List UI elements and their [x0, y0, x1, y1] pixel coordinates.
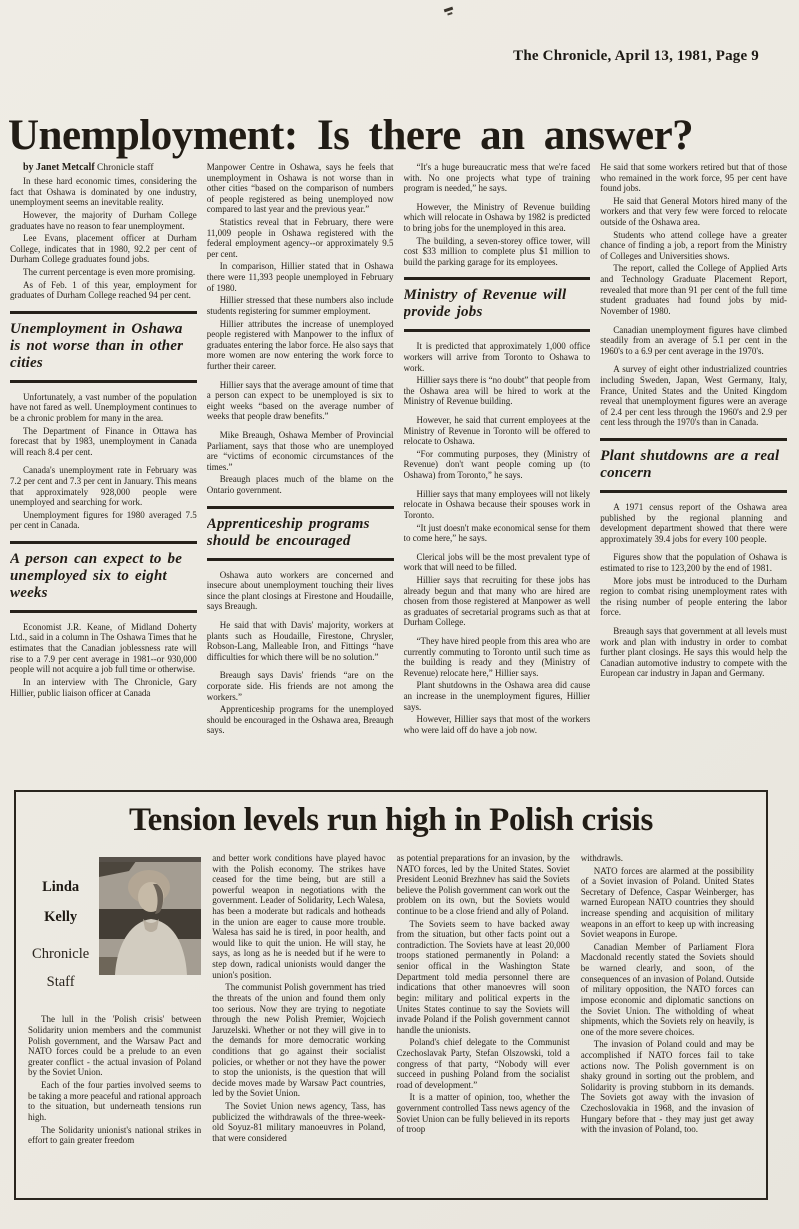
paragraph: A survey of eight other industrialized c…	[600, 364, 787, 428]
paragraph: Hillier says that many employees will no…	[404, 489, 591, 521]
paragraph: In comparison, Hillier stated that in Os…	[207, 261, 394, 293]
author-photo	[99, 857, 201, 975]
paragraph: It is predicted that approximately 1,000…	[404, 341, 591, 373]
subhead-unemployment-oshawa: Unemployment in Oshawa is not worse than…	[10, 311, 197, 383]
main-col-1: by Janet Metcalf Chronicle staff In thes…	[10, 160, 197, 782]
paragraph: Figures show that the population of Osha…	[600, 552, 787, 573]
paragraph: Economist J.R. Keane, of Midland Doherty…	[10, 622, 197, 675]
paragraph: However, the Ministry of Revenue buildin…	[404, 202, 591, 234]
paragraph: Canada's unemployment rate in February w…	[10, 465, 197, 507]
polish-columns: Linda Kelly Chronicle Staff	[28, 851, 754, 1181]
paragraph: In an interview with The Chronicle, Gary…	[10, 677, 197, 698]
paragraph: Hillier attributes the increase of unemp…	[207, 319, 394, 372]
paragraph: Hillier stressed that these numbers also…	[207, 295, 394, 316]
paragraph: The invasion of Poland could and may be …	[581, 1039, 754, 1134]
main-col-3: “It's a huge bureaucratic mess that we'r…	[404, 160, 591, 782]
paragraph: He said that General Motors hired many o…	[600, 196, 787, 228]
paragraph: The lull in the 'Polish crisis' between …	[28, 1014, 201, 1078]
paragraph: However, Hillier says that most of the w…	[404, 714, 591, 735]
paragraph: However, the majority of Durham College …	[10, 210, 197, 231]
paragraph: Unemployment figures for 1980 averaged 7…	[10, 510, 197, 531]
masthead: The Chronicle, April 13, 1981, Page 9	[513, 48, 759, 65]
polish-col-2: and better work conditions have played h…	[212, 851, 385, 1181]
paragraph: Statistics reveal that in February, ther…	[207, 217, 394, 259]
polish-col-1: Linda Kelly Chronicle Staff	[28, 851, 201, 1181]
subhead-ministry-revenue: Ministry of Revenue will provide jobs	[404, 277, 591, 332]
paragraph: “It's a huge bureaucratic mess that we'r…	[404, 162, 591, 194]
paragraph: Unfortunately, a vast number of the popu…	[10, 392, 197, 424]
polish-headline: Tension levels run high in Polish crisis	[28, 802, 754, 839]
byline: by Janet Metcalf Chronicle staff	[10, 162, 197, 174]
main-headline: Unemployment: Is there an answer?	[8, 111, 793, 160]
paragraph: Canadian Member of Parliament Flora Macd…	[581, 942, 754, 1037]
author-role-line1: Chronicle	[28, 946, 93, 963]
paragraph: The report, called the College of Applie…	[600, 263, 787, 316]
author-role-line2: Staff	[28, 974, 93, 991]
paragraph: A 1971 census report of the Oshawa area …	[600, 502, 787, 544]
paragraph: Lee Evans, placement officer at Durham C…	[10, 233, 197, 265]
paragraph: and better work conditions have played h…	[212, 853, 385, 980]
byline-author: by Janet Metcalf	[23, 162, 95, 173]
paragraph: Poland's chief delegate to the Communist…	[397, 1037, 570, 1090]
paragraph: NATO forces are alarmed at the possibili…	[581, 866, 754, 940]
author-names: Linda Kelly Chronicle Staff	[28, 857, 93, 1002]
paragraph: Breaugh places much of the blame on the …	[207, 474, 394, 495]
paragraph: Clerical jobs will be the most prevalent…	[404, 552, 591, 573]
author-first-name: Linda	[28, 879, 93, 896]
paragraph: Mike Breaugh, Oshawa Member of Provincia…	[207, 430, 394, 472]
paragraph: Plant shutdowns in the Oshawa area did c…	[404, 680, 591, 712]
main-col-2: Manpower Centre in Oshawa, says he feels…	[207, 160, 394, 782]
paragraph: Hillier says that recruiting for these j…	[404, 575, 591, 628]
polish-crisis-article: Tension levels run high in Polish crisis…	[14, 790, 768, 1200]
polish-col-3: as potential preparations for an invasio…	[397, 851, 570, 1181]
paragraph: The Solidarity unionist's national strik…	[28, 1125, 201, 1146]
scan-artifact	[444, 7, 453, 13]
author-byline-block: Linda Kelly Chronicle Staff	[28, 857, 201, 1002]
subhead-apprenticeship: Apprenticeship programs should be encour…	[207, 506, 394, 561]
paragraph: The Department of Finance in Ottawa has …	[10, 426, 197, 458]
paragraph: “They have hired people from this area w…	[404, 636, 591, 678]
paragraph: The building, a seven-storey office towe…	[404, 236, 591, 268]
subhead-unemployed-weeks: A person can expect to be unemployed six…	[10, 541, 197, 613]
author-last-name: Kelly	[28, 909, 93, 926]
paragraph: Breaugh says Davis' friends “are on the …	[207, 670, 394, 702]
paragraph: However, he said that current employees …	[404, 415, 591, 447]
paragraph: The current percentage is even more prom…	[10, 267, 197, 278]
byline-role: Chronicle staff	[97, 163, 154, 173]
paragraph: More jobs must be introduced to the Durh…	[600, 576, 787, 618]
paragraph: He said that with Davis' majority, worke…	[207, 620, 394, 662]
paragraph: The communist Polish government has trie…	[212, 982, 385, 1099]
paragraph: Hillier says that the average amount of …	[207, 380, 394, 422]
subhead-plant-shutdowns: Plant shutdowns are a real concern	[600, 438, 787, 493]
polish-col-4: withdrawls. NATO forces are alarmed at t…	[581, 851, 754, 1181]
main-article-columns: by Janet Metcalf Chronicle staff In thes…	[10, 160, 787, 782]
paragraph: Students who attend college have a great…	[600, 230, 787, 262]
paragraph: “It just doesn't make economical sense f…	[404, 523, 591, 544]
paragraph: As of Feb. 1 of this year, employment fo…	[10, 280, 197, 301]
paragraph: In these hard economic times, considerin…	[10, 176, 197, 208]
paragraph: He said that some workers retired but th…	[600, 162, 787, 194]
paragraph: “For commuting purposes, they (Ministry …	[404, 449, 591, 481]
paragraph: Each of the four parties involved seems …	[28, 1080, 201, 1122]
paragraph: The Soviet Union news agency, Tass, has …	[212, 1101, 385, 1143]
paragraph: Manpower Centre in Oshawa, says he feels…	[207, 162, 394, 215]
paragraph: It is a matter of opinion, too, whether …	[397, 1092, 570, 1134]
paragraph: The Soviets seem to have backed away fro…	[397, 919, 570, 1036]
paragraph: Breaugh says that government at all leve…	[600, 626, 787, 679]
paragraph: Canadian unemployment figures have climb…	[600, 325, 787, 357]
paragraph: as potential preparations for an invasio…	[397, 853, 570, 917]
newspaper-page: The Chronicle, April 13, 1981, Page 9 Un…	[0, 0, 799, 1229]
paragraph: Apprenticeship programs for the unemploy…	[207, 704, 394, 736]
main-col-4: He said that some workers retired but th…	[600, 160, 787, 782]
paragraph: withdrawls.	[581, 853, 754, 864]
paragraph: Hillier says there is “no doubt” that pe…	[404, 375, 591, 407]
paragraph: Oshawa auto workers are concerned and in…	[207, 570, 394, 612]
